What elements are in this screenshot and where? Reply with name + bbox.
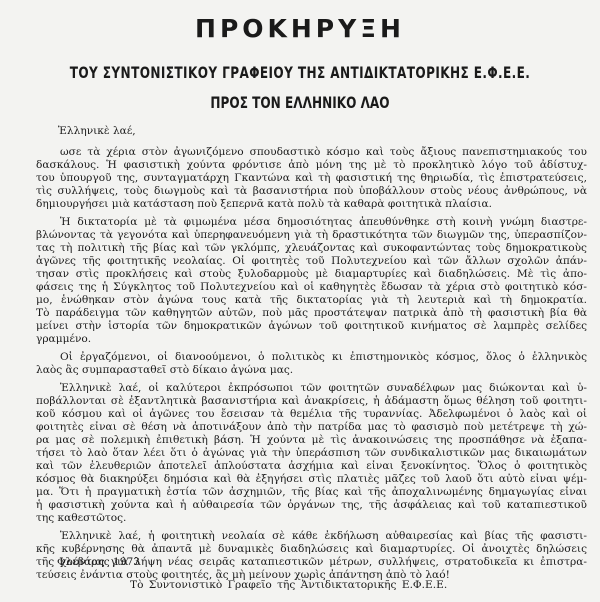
document-date: Φλεβάρης 1973: [57, 556, 140, 568]
greeting: Ἑλληνικὲ λαέ,: [36, 125, 587, 138]
text-line: μα. Ὅτι ἡ πραγματικὴ ἑστία τῶν ἀσχημιῶν,…: [36, 486, 587, 499]
text-line: βλώνοντας τὰ γεγονότα καὶ ὑπερηφανευόμεν…: [36, 229, 587, 242]
text-line: ωσε τὰ χέρια στὸν ἀγωνιζόμενο σπουδαστικ…: [36, 146, 587, 159]
paragraph: ωσε τὰ χέρια στὸν ἀγωνιζόμενο σπουδαστικ…: [36, 146, 587, 211]
text-line: Οἱ ἐργαζόμενοι, οἱ διανοούμενοι, ὁ πολιτ…: [36, 351, 587, 364]
text-line: λαὸς ἂς συμπαρασταθεῖ στὸ δίκαιο ἀγώνα μ…: [36, 364, 587, 377]
paragraph: Ἡ δικτατορία μὲ τὰ φιμωμένα μέσα δημοσιό…: [36, 216, 587, 346]
text-line: της καθεστῶτος.: [36, 512, 587, 525]
text-line: ρα μας σὲ πολεμικὴ ἐπιθετικὴ βάση. Ἡ χού…: [36, 434, 587, 447]
text-line: ποβάλλονται σὲ ἐξαντλητικὰ βασανιστήρια …: [36, 395, 587, 408]
text-line: τησαν στὶς προκλήσεις καὶ στοὺς ξυλοδαρμ…: [36, 268, 587, 281]
text-line: τὶς συλλήψεις, τοὺς διωγμοὺς καὶ τὰ βασα…: [36, 185, 587, 198]
paragraph: Οἱ ἐργαζόμενοι, οἱ διανοούμενοι, ὁ πολιτ…: [36, 351, 587, 377]
text-line: τας τὴ πολιτικὴ τῆς βίας καὶ τῶν γκλόμπς…: [36, 242, 587, 255]
document-body: Ἑλληνικὲ λαέ, ωσε τὰ χέρια στὸν ἀγωνιζόμ…: [36, 125, 587, 582]
text-line: Τὸ παράδειγμα τῶν καθηγητῶν αὐτῶν, ποὺ μ…: [36, 307, 587, 320]
text-line: ἡ φασιστικὴ χούντα καὶ ἡ αὐθαιρεσία τῶν …: [36, 499, 587, 512]
text-line: δημιουργήσει μιὰ κατάσταση ποὺ ξεπερνᾶ κ…: [36, 198, 587, 211]
text-line: ἀγῶνες τῆς φοιτητικῆς νεολαίας. Οἱ φοιτη…: [36, 255, 587, 268]
text-line: κῆς κυβέρνησης θὰ ἀπαντᾶ μὲ δυναμικὲς δι…: [36, 543, 587, 556]
text-line: δασκάλους. Ἡ φασιστικὴ χούντα φρόντισε ἀ…: [36, 159, 587, 172]
text-line: Ἑλληνικὲ λαέ, ἡ φοιτητικὴ νεολαία σὲ κάθ…: [36, 530, 587, 543]
leaflet-page: ΠΡΟΚΗΡΥΞΗ ΤΟΥ ΣΥΝΤΟΝΙΣΤΙΚΟΥ ΓΡΑΦΕΙΟΥ ΤΗΣ…: [0, 0, 600, 602]
document-addressee: ΠΡΟΣ ΤΟΝ ΕΛΛΗΝΙΚΟ ΛΑΟ: [66, 94, 534, 112]
text-line: γραμμένο.: [36, 333, 587, 346]
text-line: κοῦ κόσμου καὶ οἱ ἀγῶνες του ἔσεισαν τὰ …: [36, 408, 587, 421]
text-line: φάσεις της ἡ Σύγκλητος τοῦ Πολυτεχνείου …: [36, 281, 587, 294]
text-line: φοιτητὲς εἶναι σὲ θέση νὰ ἀποτινάξουν ἀπ…: [36, 421, 587, 434]
text-line: κόσμος θὰ διακηρύξει δημόσια καὶ θὰ ἐξηγ…: [36, 473, 587, 486]
document-subtitle: ΤΟΥ ΣΥΝΤΟΝΙΣΤΙΚΟΥ ΓΡΑΦΕΙΟΥ ΤΗΣ ΑΝΤΙΔΙΚΤΑ…: [66, 64, 534, 82]
text-line: μείνει στὴν ἱστορία τῶν δημοκρατικῶν ἀγώ…: [36, 320, 587, 333]
text-line: του ὑπουργοῦ της, συνταγματάρχη Γκαντώνα…: [36, 172, 587, 185]
text-line: καὶ τῶν ἐλευθεριῶν ἀποτελεῖ ἁπλούστατα ἀ…: [36, 460, 587, 473]
document-signature: Τὸ Συντονιστικὸ Γραφεῖο τῆς Ἀντιδικτατορ…: [130, 579, 447, 591]
text-line: τήσει τὸ λαὸ ὅταν λέει ὅτι ὁ ἀγώνας γιὰ …: [36, 447, 587, 460]
text-line: Ἡ δικτατορία μὲ τὰ φιμωμένα μέσα δημοσιό…: [36, 216, 587, 229]
text-line: Ἑλληνικὲ λαέ, οἱ καλύτεροι ἐκπρόσωποι τῶ…: [36, 382, 587, 395]
text-line: μο, ἑνώθηκαν στὸν ἀγώνα τους κατὰ τῆς δι…: [36, 294, 587, 307]
paragraph: Ἑλληνικὲ λαέ, οἱ καλύτεροι ἐκπρόσωποι τῶ…: [36, 382, 587, 525]
paragraphs: ωσε τὰ χέρια στὸν ἀγωνιζόμενο σπουδαστικ…: [36, 146, 587, 582]
document-title: ΠΡΟΚΗΡΥΞΗ: [0, 14, 600, 43]
